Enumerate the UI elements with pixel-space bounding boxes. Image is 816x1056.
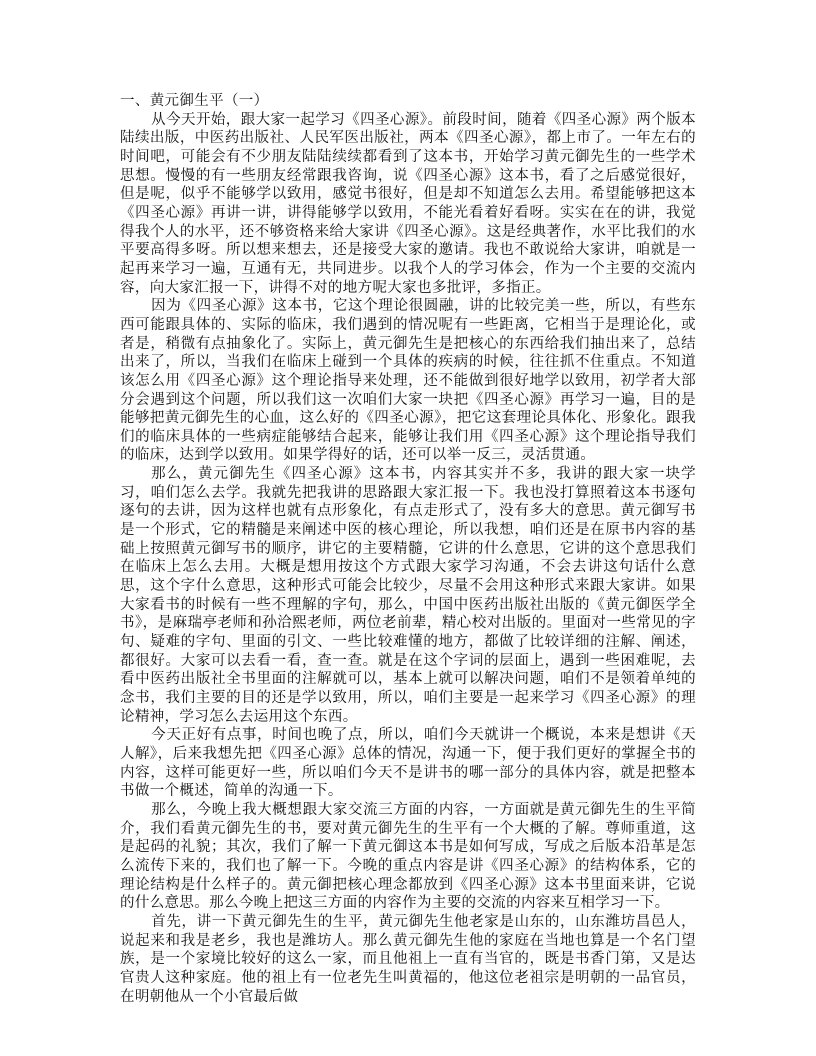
paragraph-theory: 因为《四圣心源》这本书，它这个理论很圆融，讲的比较完美一些，所以，有些东西可能跟… — [120, 297, 696, 465]
paragraph-overview: 今天正好有点事，时间也晚了点，所以，咱们今天就讲一个概说，本来是想讲《天人解》，… — [120, 726, 696, 801]
section-heading: 一、黄元御生平（一） — [120, 92, 696, 111]
document-page: 一、黄元御生平（一） 从今天开始，跟大家一起学习《四圣心源》。前段时间，随着《四… — [120, 92, 696, 1006]
paragraph-three-topics: 那么，今晚上我大概想跟大家交流三方面的内容，一方面就是黄元御先生的生平简介，我们… — [120, 801, 696, 913]
paragraph-biography: 首先，讲一下黄元御先生的生平，黄元御先生他老家是山东的，山东潍坊昌邑人，说起来和… — [120, 913, 696, 1006]
paragraph-approach: 那么，黄元御先生《四圣心源》这本书，内容其实并不多，我讲的跟大家一块学习，咱们怎… — [120, 465, 696, 726]
paragraph-intro: 从今天开始，跟大家一起学习《四圣心源》。前段时间，随着《四圣心源》两个版本陆续出… — [120, 111, 696, 298]
